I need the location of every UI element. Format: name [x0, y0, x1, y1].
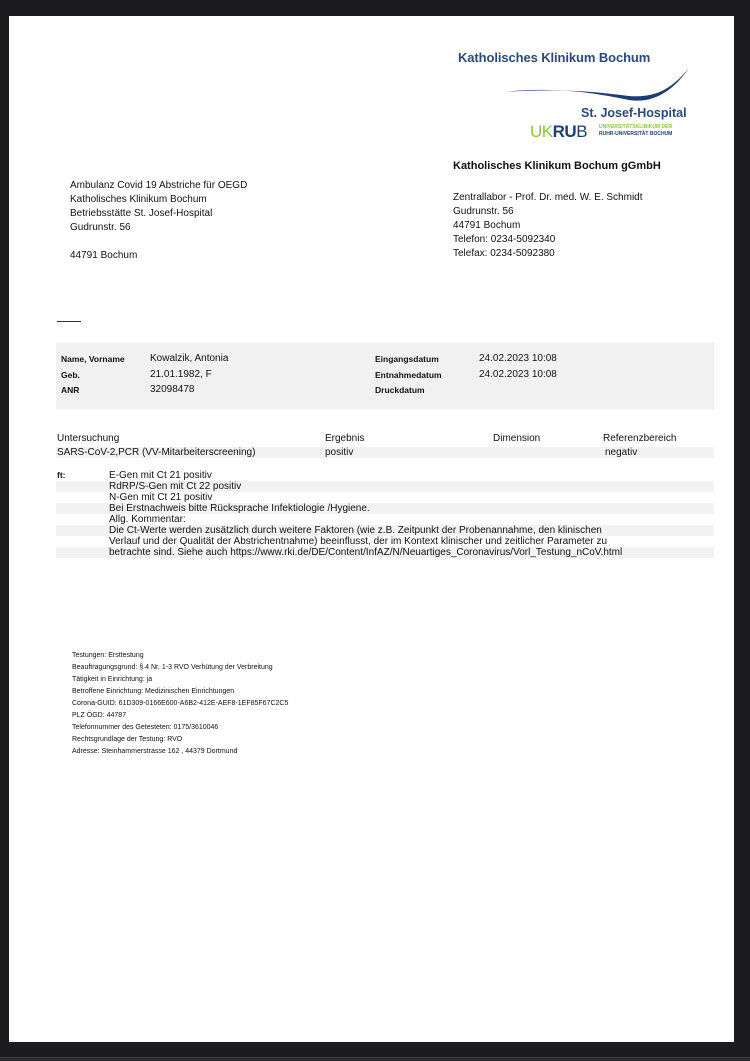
patient-info-block: Name, Vorname Kowalzik, Antonia Geb. 21.… — [56, 343, 714, 409]
viewer-bottom-bar — [0, 1057, 750, 1061]
anr-label: ANR — [61, 385, 79, 395]
header-result: Ergebnis — [325, 433, 364, 444]
sender-phone: Telefon: 0234-5092340 — [453, 233, 643, 247]
recipient-line: Betriebsstätte St. Josef-Hospital — [70, 207, 247, 221]
sampled-label: Entnahmedatum — [375, 370, 442, 380]
sender-line: Zentrallabor - Prof. Dr. med. W. E. Schm… — [453, 191, 643, 205]
info-line: Adresse: Steinhammerstrasse 162 , 44379 … — [72, 746, 288, 758]
header-reference: Referenzbereich — [603, 433, 676, 444]
patient-anr: 32098478 — [150, 384, 195, 395]
logo-uk: UK — [530, 122, 553, 141]
logo-sub-line2: RUHR-UNIVERSITÄT BOCHUM — [599, 131, 672, 138]
document-page: Katholisches Klinikum Bochum St. Josef-H… — [9, 16, 734, 1042]
received-date: 24.02.2023 10:08 — [479, 353, 557, 364]
sampled-date: 24.02.2023 10:08 — [479, 369, 557, 380]
info-line: PLZ ÖGD: 44787 — [72, 710, 288, 722]
divider-dash — [57, 321, 81, 322]
recipient-line: Gudrunstr. 56 — [70, 221, 247, 235]
sender-line: Gudrunstr. 56 — [453, 205, 643, 219]
printed-label: Druckdatum — [375, 385, 425, 395]
comment-line: Die Ct-Werte werden zusätzlich durch wei… — [109, 525, 622, 536]
result-reference: negativ — [605, 447, 637, 458]
info-line: Testungen: Ersttestung — [72, 650, 288, 662]
info-line: Telefonnummer des Getesteten: 0175/36100… — [72, 722, 288, 734]
comment-line: Allg. Kommentar: — [109, 514, 622, 525]
result-value: positiv — [325, 447, 353, 458]
logo-rub: RU — [553, 122, 577, 141]
comment-lines: E-Gen mit Ct 21 positiv RdRP/S-Gen mit C… — [109, 470, 622, 558]
comment-line: RdRP/S-Gen mit Ct 22 positiv — [109, 481, 622, 492]
comment-line: betrachte sind. Siehe auch https://www.r… — [109, 547, 622, 558]
recipient-address: Ambulanz Covid 19 Abstriche für OEGD Kat… — [70, 179, 247, 263]
received-label: Eingangsdatum — [375, 354, 439, 364]
info-line: Betroffene Einrichtung: Medizinischen Ei… — [72, 686, 288, 698]
info-line: Beauftragungsgrund: § 4 Nr. 1-3 RVO Verh… — [72, 662, 288, 674]
dob-label: Geb. — [61, 370, 80, 380]
header-test: Untersuchung — [57, 433, 119, 444]
recipient-line: Ambulanz Covid 19 Abstriche für OEGD — [70, 179, 247, 193]
logo-ukrub: UKRUB — [530, 122, 587, 142]
sender-address: Zentrallabor - Prof. Dr. med. W. E. Schm… — [453, 191, 643, 261]
header-unit: Dimension — [493, 433, 540, 444]
comment-line: Verlauf und der Qualität der Abstrichent… — [109, 536, 622, 547]
sender-fax: Telefax: 0234-5092380 — [453, 247, 643, 261]
name-label: Name, Vorname — [61, 354, 125, 364]
comment-line: E-Gen mit Ct 21 positiv — [109, 470, 622, 481]
info-line: Tätigkeit in Einrichtung: ja — [72, 674, 288, 686]
patient-dob: 21.01.1982, F — [150, 369, 212, 380]
logo-sub-line1: UNIVERSITÄTSKLINIKUM DER — [599, 124, 672, 131]
sender-company: Katholisches Klinikum Bochum gGmbH — [453, 160, 661, 172]
result-test-name: SARS-CoV-2,PCR (VV-Mitarbeiterscreening) — [57, 447, 255, 458]
logo-swoosh-icon — [479, 50, 694, 110]
recipient-line: Katholisches Klinikum Bochum — [70, 193, 247, 207]
comment-line: Bei Erstnachweis bitte Rücksprache Infek… — [109, 503, 622, 514]
patient-name: Kowalzik, Antonia — [150, 353, 228, 364]
sender-line: 44791 Bochum — [453, 219, 643, 233]
comment-line: N-Gen mit Ct 21 positiv — [109, 492, 622, 503]
logo-hospital-name: St. Josef-Hospital — [581, 106, 687, 120]
info-line: Corona-GUID: 61D309-0166E600-A6B2-412E-A… — [72, 698, 288, 710]
recipient-spacer — [70, 235, 247, 249]
info-line: Rechtsgrundlage der Testung: RVO — [72, 734, 288, 746]
recipient-line: 44791 Bochum — [70, 249, 247, 263]
logo-b: B — [576, 122, 587, 141]
ft-label: ft: — [57, 470, 66, 480]
testing-info: Testungen: Ersttestung Beauftragungsgrun… — [72, 650, 288, 758]
logo-subtitle: UNIVERSITÄTSKLINIKUM DER RUHR-UNIVERSITÄ… — [599, 124, 672, 138]
